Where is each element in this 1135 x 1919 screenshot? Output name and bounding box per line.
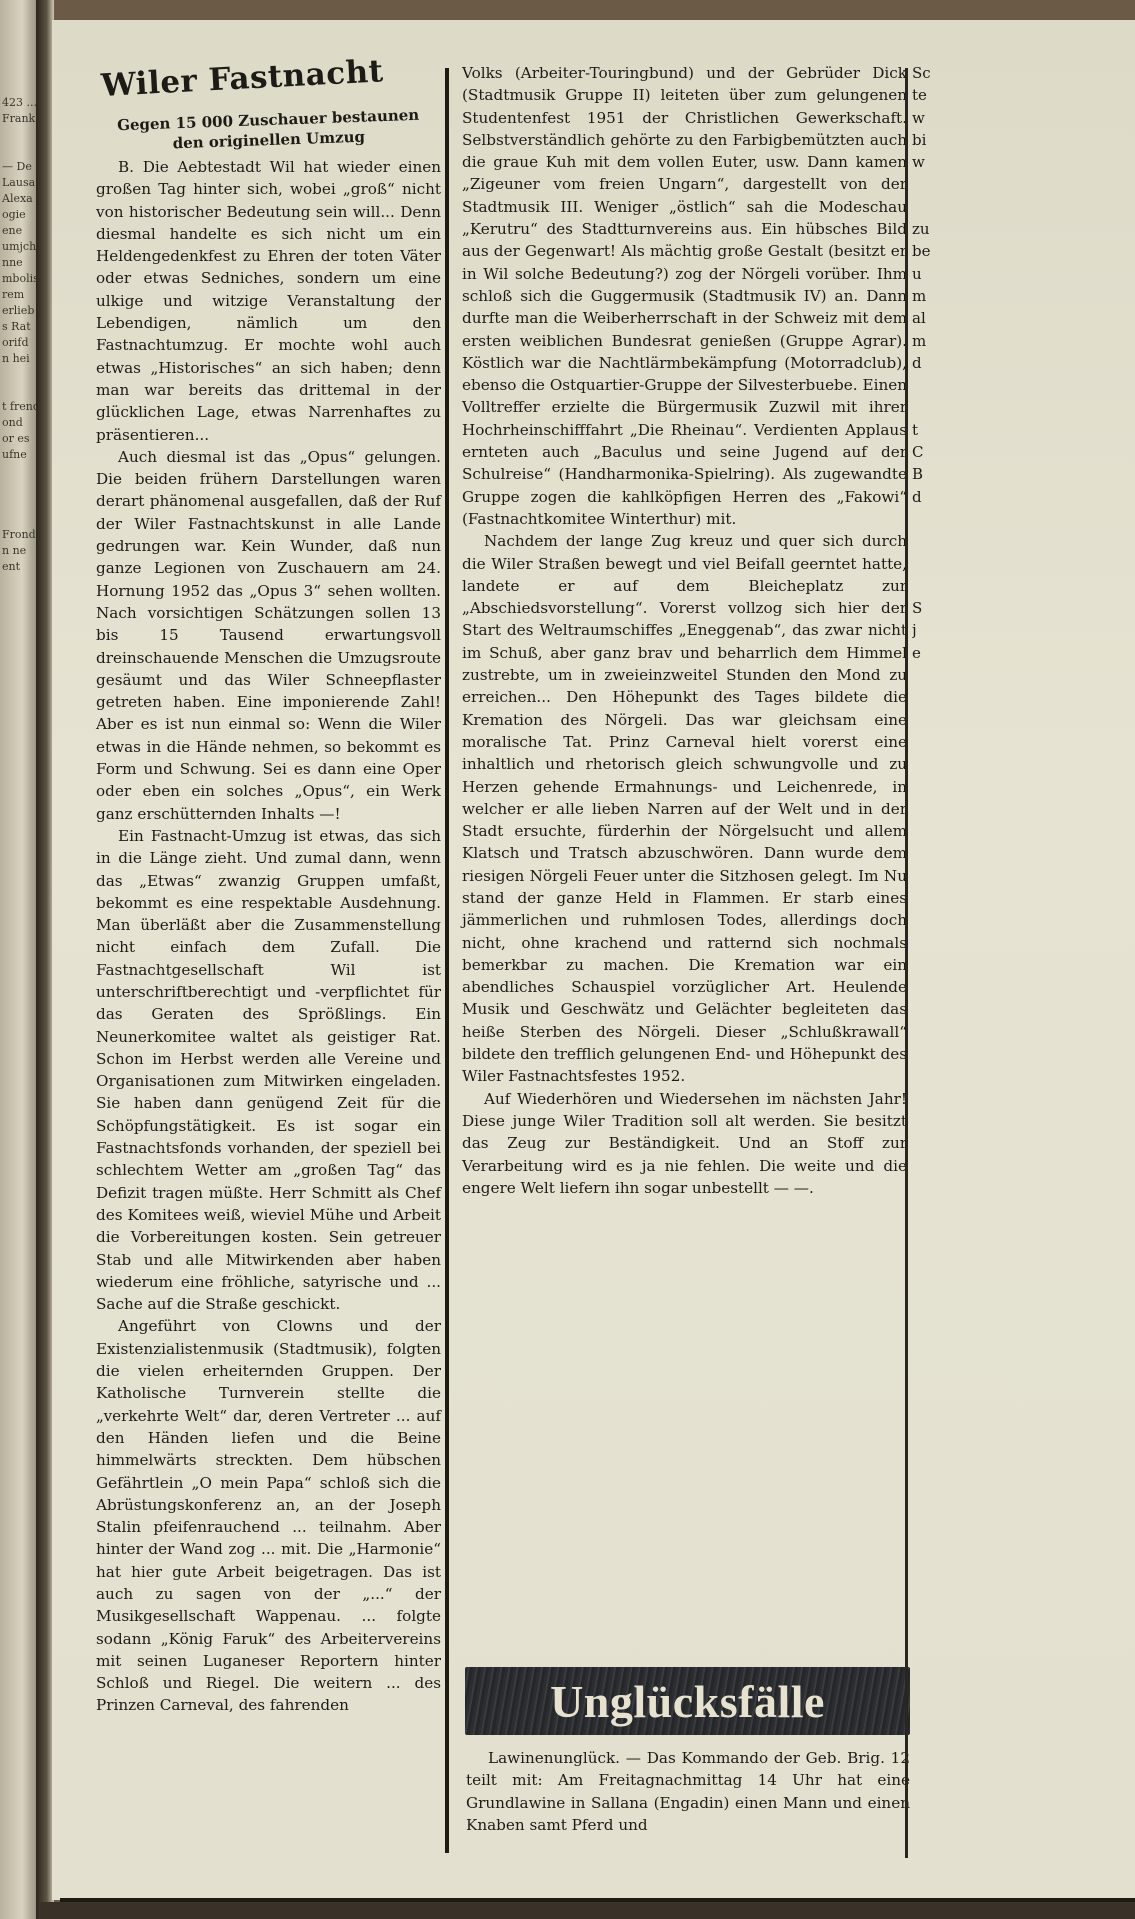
next-column-line xyxy=(912,196,952,218)
facing-page-line: t frende xyxy=(2,399,38,415)
facing-page-line: or es xyxy=(2,431,38,447)
facing-page-line xyxy=(2,143,38,159)
next-column-line: w xyxy=(912,107,952,129)
next-column-line: Sc xyxy=(912,62,952,84)
next-column-line: u xyxy=(912,263,952,285)
facing-page-line: ufne xyxy=(2,447,38,463)
facing-page-line: ogie xyxy=(2,207,38,223)
next-column-line: m xyxy=(912,285,952,307)
article-right-column: Volks (Arbeiter-Touringbund) und der Geb… xyxy=(462,62,907,1199)
facing-page-line: rem xyxy=(2,287,38,303)
next-column-fragment: Sctewbiw zubeumalmd tCBd Sje xyxy=(912,62,952,1822)
facing-page-line: Lausa xyxy=(2,175,38,191)
facing-page-line xyxy=(2,463,38,479)
facing-page-line: 423 ... xyxy=(2,95,38,111)
facing-page-line: umjchw xyxy=(2,239,38,255)
next-column-line: bi xyxy=(912,129,952,151)
article-body-left: B. Die Aebtestadt Wil hat wieder einen g… xyxy=(96,156,441,1717)
next-column-line: m xyxy=(912,330,952,352)
next-column-line xyxy=(912,173,952,195)
facing-page-line: ond xyxy=(2,415,38,431)
next-column-line: te xyxy=(912,84,952,106)
next-column-line xyxy=(912,530,952,552)
facing-page-line: — De xyxy=(2,159,38,175)
facing-page-line xyxy=(2,511,38,527)
paragraph: Nachdem der lange Zug kreuz und quer sic… xyxy=(462,530,907,1087)
next-column-line: C xyxy=(912,441,952,463)
facing-page-line xyxy=(2,479,38,495)
facing-page-line xyxy=(2,367,38,383)
next-column-line: zu xyxy=(912,218,952,240)
facing-page-line xyxy=(2,383,38,399)
facing-page-line: mbolis xyxy=(2,271,38,287)
facing-page-line xyxy=(2,575,38,591)
article-subheadline: Gegen 15 000 Zuschauer bestaunen den ori… xyxy=(95,104,441,156)
next-column-line: B xyxy=(912,463,952,485)
paragraph: Auf Wiederhören und Wiedersehen im nächs… xyxy=(462,1088,907,1199)
facing-page-line: n hei xyxy=(2,351,38,367)
section-banner-title: Unglücksfälle xyxy=(550,1675,825,1728)
article-left-column: Wiler Fastnacht Gegen 15 000 Zuschauer b… xyxy=(96,62,441,1717)
next-column-line xyxy=(912,553,952,575)
facing-page-line xyxy=(2,127,38,143)
page-edge-shadow xyxy=(40,1902,1135,1919)
next-column-line: d xyxy=(912,352,952,374)
next-column-line: e xyxy=(912,642,952,664)
facing-page-line: ent xyxy=(2,559,38,575)
facing-page-fragment: 423 ...Frank — DeLausaAlexaogieeneumjchw… xyxy=(0,0,40,1919)
section-banner: Unglücksfälle xyxy=(465,1667,910,1735)
paragraph: Lawinenunglück. — Das Kommando der Geb. … xyxy=(466,1747,910,1836)
column-rule xyxy=(905,68,908,1858)
facing-page-line xyxy=(2,495,38,511)
next-column-line: S xyxy=(912,597,952,619)
accident-report: Lawinenunglück. — Das Kommando der Geb. … xyxy=(466,1747,910,1836)
next-column-line xyxy=(912,396,952,418)
next-column-line xyxy=(912,508,952,530)
facing-page-line: nne xyxy=(2,255,38,271)
facing-page-line: n ne xyxy=(2,543,38,559)
next-column-line xyxy=(912,575,952,597)
paragraph: B. Die Aebtestadt Wil hat wieder einen g… xyxy=(96,156,441,446)
paragraph: Auch diesmal ist das „Opus“ gelungen. Di… xyxy=(96,446,441,825)
facing-page-text: 423 ...Frank — DeLausaAlexaogieeneumjchw… xyxy=(2,95,38,1875)
facing-page-line: s Rat xyxy=(2,319,38,335)
paragraph: Angeführt von Clowns und der Existenzial… xyxy=(96,1315,441,1716)
column-rule xyxy=(445,68,449,1853)
paragraph: Ein Fastnacht-Umzug ist etwas, das sich … xyxy=(96,825,441,1316)
facing-page-line: ene xyxy=(2,223,38,239)
facing-page-line: orifd xyxy=(2,335,38,351)
facing-page-line: Fronde xyxy=(2,527,38,543)
paragraph: Volks (Arbeiter-Touringbund) und der Geb… xyxy=(462,62,907,530)
next-column-line: j xyxy=(912,619,952,641)
next-column-line: w xyxy=(912,151,952,173)
facing-page-line: Frank xyxy=(2,111,38,127)
next-column-line: d xyxy=(912,486,952,508)
next-column-line: al xyxy=(912,307,952,329)
next-column-line: t xyxy=(912,419,952,441)
article-body-right: Volks (Arbeiter-Touringbund) und der Geb… xyxy=(462,62,907,1199)
next-column-line: be xyxy=(912,240,952,262)
facing-page-line: erlieb xyxy=(2,303,38,319)
next-column-line xyxy=(912,374,952,396)
facing-page-line: Alexa xyxy=(2,191,38,207)
